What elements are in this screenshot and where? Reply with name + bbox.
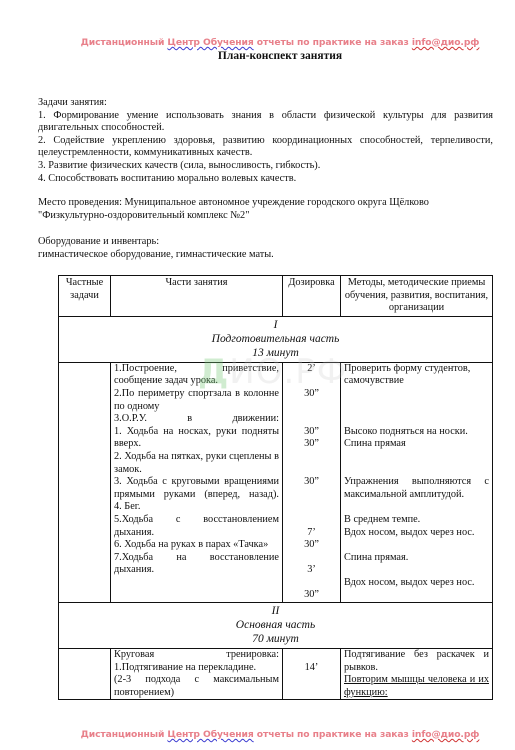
exercise-item: 2.По периметру спортзала в колонне по од… [114,388,279,413]
exercise-item: 6. Ходьба на руках в парах «Тачка» [114,539,279,552]
method-text: Спина прямая. [344,552,489,565]
exercise-item: 2. Ходьба на пятках, руки сцеплены в зам… [114,451,279,476]
methods-cell: Проверить форму студентов, самочувствие … [341,362,493,602]
exercise-item: 1.Подтягивание на перекладине. [114,662,279,675]
method-text: Проверить форму студентов, самочувствие [344,363,489,388]
dose-value: 7’ [286,527,337,540]
place-line-1: Место проведения: Муниципальное автономн… [38,197,493,210]
dose-value: 30” [286,388,337,401]
method-text: Вдох носом, выдох через нос. [344,527,489,540]
watermark-top: Дистанционный Центр Обучения отчеты по п… [0,37,515,48]
header-lesson-parts: Части занятия [111,276,283,317]
exercise-item: 5.Ходьба с восстановлением дыхания. [114,514,279,539]
task-item: 2. Содействие укреплению здоровья, разви… [38,135,493,160]
watermark-middle: отчеты по практике на заказ [254,729,412,740]
exercise-item: 4. Бег. [114,501,279,514]
method-text: Высоко подняться на носки. [344,426,489,439]
task-item: 4. Способствовать воспитанию морально во… [38,173,493,186]
header-methods: Методы, методические приемы обучения, ра… [341,276,493,317]
method-text: Подтягивание без раскачек и рывков. [344,649,489,674]
task-item: 1. Формирование умение использовать знан… [38,110,493,135]
exercise-item: 3.О.Р.У. в движении: [114,413,279,426]
method-text-underlined: Повторим мышцы человека и их функцию: [344,674,489,699]
dosage-cell: 14’ [283,649,341,700]
section-row-2: II Основная часть 70 минут [59,603,493,649]
watermark-bottom: Дистанционный Центр Обучения отчеты по п… [0,729,515,740]
section-numeral: II [59,604,492,618]
section-duration: 70 минут [59,632,492,646]
equipment-block: Оборудование и инвентарь: гимнастическое… [38,236,493,261]
methods-cell: Подтягивание без раскачек и рывков. Повт… [341,649,493,700]
exercise-item: (2-3 подхода с максимальным повторением) [114,674,279,699]
tasks-heading: Задачи занятия: [38,97,493,110]
private-tasks-cell [59,649,111,700]
dose-value: 14’ [286,662,337,675]
private-tasks-cell [59,362,111,602]
tasks-block: Задачи занятия: 1. Формирование умение и… [38,97,493,185]
section-heading: II Основная часть 70 минут [59,603,493,649]
place-block: Место проведения: Муниципальное автономн… [38,197,493,222]
dose-value: 30” [286,539,337,552]
exercises-cell: Круговая тренировка: 1.Подтягивание на п… [111,649,283,700]
section-duration: 13 минут [59,346,492,360]
dose-value: 3’ [286,564,337,577]
table-header-row: Частные задачи Части занятия Дозировка М… [59,276,493,317]
dosage-cell: 2’ 30” 30” 30” 30” 7’ 30” 3’ 30” [283,362,341,602]
dose-value: 2’ [286,363,337,376]
exercise-item: 1. Ходьба на носках, руки подняты вверх. [114,426,279,451]
exercise-item: 1.Построение, приветствие, сообщение зад… [114,363,279,388]
dose-value: 30” [286,589,337,602]
equipment-heading: Оборудование и инвентарь: [38,236,493,249]
exercise-item: 3. Ходьба с круговыми вращениями прямыми… [114,476,279,501]
place-line-2: "Физкультурно-оздоровительный комплекс №… [38,210,493,223]
task-item: 3. Развитие физических качеств (сила, вы… [38,160,493,173]
watermark-middle: отчеты по практике на заказ [254,37,412,48]
watermark-squiggle: Центр Обучения [167,37,253,48]
header-private-tasks: Частные задачи [59,276,111,317]
equipment-value: гимнастическое оборудование, гимнастичес… [38,249,493,262]
watermark-prefix: Дистанционный [81,729,168,740]
dose-value: 30” [286,438,337,451]
watermark-prefix: Дистанционный [81,37,168,48]
watermark-squiggle: Центр Обучения [167,729,253,740]
page-title: План-конспект занятия [0,50,515,62]
section-name: Подготовительная часть [59,332,492,346]
method-text: Упражнения выполняются с максимальной ам… [344,476,489,501]
exercises-cell: 1.Построение, приветствие, сообщение зад… [111,362,283,602]
method-text: Вдох носом, выдох через нос. [344,577,489,590]
method-text: Спина прямая [344,438,489,451]
dose-value: 30” [286,426,337,439]
section-numeral: I [59,318,492,332]
table-row: Круговая тренировка: 1.Подтягивание на п… [59,649,493,700]
section-row-1: I Подготовительная часть 13 минут [59,316,493,362]
header-dosage: Дозировка [283,276,341,317]
lesson-plan-table: Частные задачи Части занятия Дозировка М… [58,275,493,700]
method-text: В среднем темпе. [344,514,489,527]
table-row: 1.Построение, приветствие, сообщение зад… [59,362,493,602]
exercise-item: Круговая тренировка: [114,649,279,662]
exercise-item: 7.Ходьба на восстановление дыхания. [114,552,279,577]
section-heading: I Подготовительная часть 13 минут [59,316,493,362]
section-name: Основная часть [59,618,492,632]
dose-value: 30” [286,476,337,489]
watermark-email[interactable]: info@дио.рф [412,729,479,740]
watermark-email[interactable]: info@дио.рф [412,37,479,48]
